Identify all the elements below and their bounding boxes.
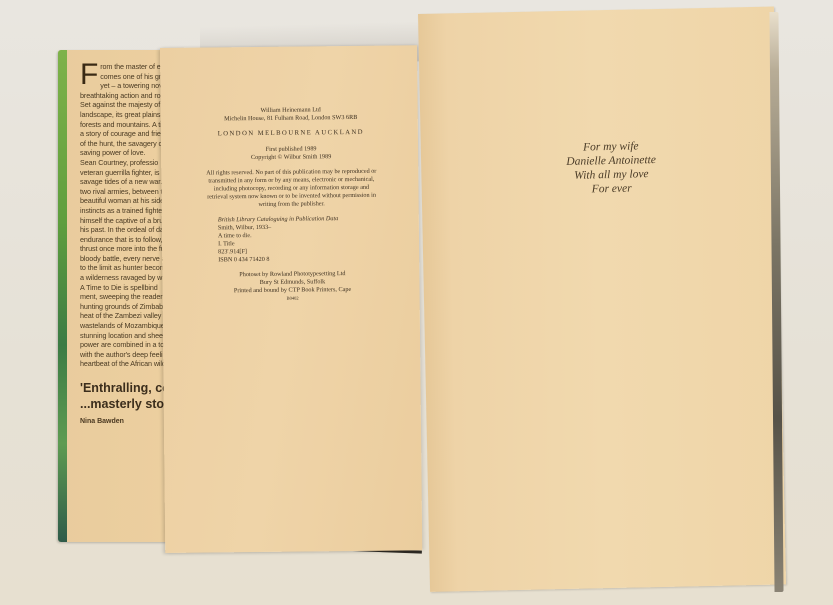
blurb-line: breathtaking action and ro — [80, 91, 168, 101]
publisher-address: Michelin House, 81 Fulham Road, London S… — [171, 113, 411, 124]
blurb-line: wastelands of Mozambique — [80, 321, 168, 331]
blurb-line: Sean Courtney, professio — [80, 158, 168, 168]
blurb-line: beautiful woman at his side — [80, 196, 168, 206]
blurb-line: of the hunt, the savagery of — [80, 139, 168, 149]
quote-line: ...masterly sto — [80, 396, 168, 412]
blurb-line: ment, sweeping the reader — [80, 292, 168, 302]
rights-statement: All rights reserved. No part of this pub… — [171, 167, 411, 210]
cip-data: British Library Cataloguing in Publicati… — [172, 214, 412, 265]
blurb-line: heat of the Zambezi valley a — [80, 311, 168, 321]
blurb-line: hunting grounds of Zimbab — [80, 302, 168, 312]
blurb-line: saving power of love. — [80, 148, 168, 158]
copyright-page: William Heinemann Ltd Michelin House, 81… — [160, 45, 422, 553]
dust-jacket-flap: F rom the master of epic comes one of hi… — [58, 50, 168, 542]
dedication-line: For ever — [512, 180, 712, 198]
blurb-line: endurance that is to follow, — [80, 235, 168, 245]
blurb-line: two rival armies, between t — [80, 187, 168, 197]
blurb-line: forests and mountains. A ti — [80, 120, 168, 130]
blurb-line: stunning location and shee — [80, 331, 168, 341]
blurb-line: veteran guerrilla fighter, is — [80, 168, 168, 178]
jacket-green-edge — [58, 50, 67, 542]
blurb-line: to the limit as hunter becom — [80, 263, 168, 273]
blurb-line: thrust once more into the fu — [80, 244, 168, 254]
blurb-line: his past. In the ordeal of da — [80, 225, 168, 235]
publisher-locations: LONDON MELBOURNE AUCKLAND — [171, 128, 411, 139]
blurb-line: a story of courage and frien — [80, 129, 168, 139]
copyright-text: William Heinemann Ltd Michelin House, 81… — [171, 105, 413, 311]
dedication-page: For my wife Danielle Antoinette With all… — [418, 7, 786, 592]
isbn: ISBN 0 434 71420 8 — [218, 254, 412, 264]
blurb-line: heartbeat of the African wild — [80, 359, 168, 369]
copyright-notice: Copyright © Wilbur Smith 1989 — [171, 152, 411, 163]
blurb-line: savage tides of a new war. — [80, 177, 168, 187]
blurb-line: instincts as a trained fighte — [80, 206, 168, 216]
blurb-line: bloody battle, every nerve a — [80, 254, 168, 264]
blurb-line: a wilderness ravaged by war — [80, 273, 168, 283]
blurb-line: power are combined in a to — [80, 340, 168, 350]
quote-author: Nina Bawden — [80, 418, 124, 425]
printer-info: Photoset by Rowland Phototypesetting Ltd… — [172, 269, 412, 304]
blurb-line: with the author's deep feeli — [80, 350, 168, 360]
print-code: B0402 — [173, 293, 413, 304]
blurb-line: Set against the majesty of — [80, 100, 168, 110]
dedication-text: For my wife Danielle Antoinette With all… — [511, 138, 712, 198]
jacket-blurb: F rom the master of epic comes one of hi… — [80, 62, 168, 369]
blurb-dropcap: F — [80, 62, 98, 87]
review-quote: 'Enthralling, co ...masterly sto — [80, 380, 168, 412]
blurb-line: A Time to Die is spellbind — [80, 283, 168, 293]
blurb-line: himself the captive of a bru — [80, 216, 168, 226]
quote-line: 'Enthralling, co — [80, 380, 168, 396]
blurb-line: landscape, its great plains, — [80, 110, 168, 120]
